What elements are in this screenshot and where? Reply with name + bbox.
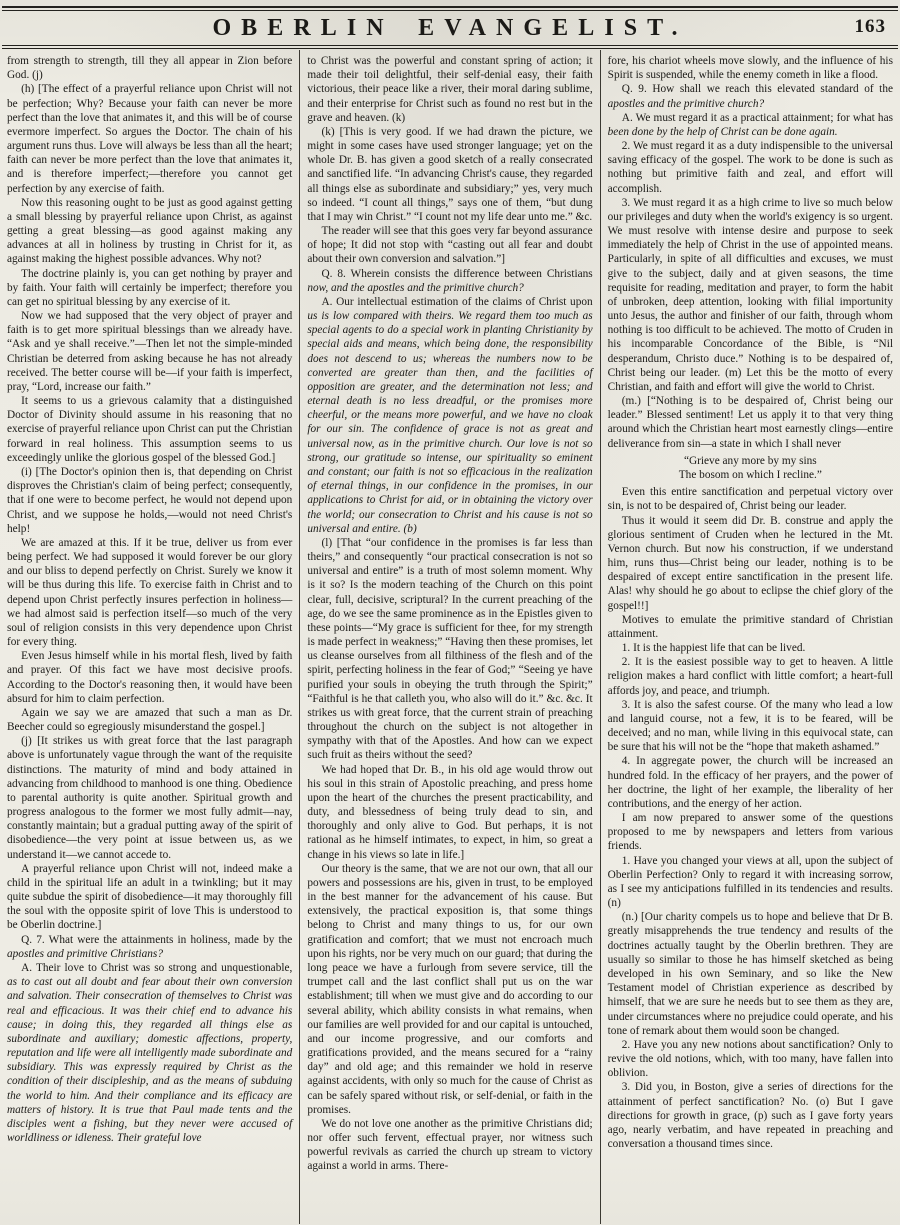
article-columns: from strength to strength, till they all… bbox=[0, 50, 900, 1224]
paragraph: Motives to emulate the primitive standar… bbox=[608, 613, 893, 641]
paragraph: Q. 7. What were the attainments in holin… bbox=[7, 933, 292, 961]
paragraph: Now we had supposed that the very object… bbox=[7, 309, 292, 394]
column-3: fore, his chariot wheels move slowly, an… bbox=[600, 50, 900, 1224]
paragraph: A prayerful reliance upon Christ will no… bbox=[7, 862, 292, 933]
paragraph: I am now prepared to answer some of the … bbox=[608, 811, 893, 854]
column-2: to Christ was the powerful and constant … bbox=[299, 50, 599, 1224]
paragraph: A. Their love to Christ was so strong an… bbox=[7, 961, 292, 1145]
paragraph: fore, his chariot wheels move slowly, an… bbox=[608, 54, 893, 82]
paragraph: A. We must regard it as a practical atta… bbox=[608, 111, 893, 139]
paragraph: 2. We must regard it as a duty indispens… bbox=[608, 139, 893, 196]
paragraph: 3. Did you, in Boston, give a series of … bbox=[608, 1080, 893, 1151]
paragraph: 2. Have you any new notions about sancti… bbox=[608, 1038, 893, 1081]
paragraph: The doctrine plainly is, you can get not… bbox=[7, 267, 292, 310]
paragraph: 3. It is also the safest course. Of the … bbox=[608, 698, 893, 755]
paragraph: The reader will see that this goes very … bbox=[307, 224, 592, 267]
paragraph: We do not love one another as the primit… bbox=[307, 1117, 592, 1174]
paragraph: 1. It is the happiest life that can be l… bbox=[608, 641, 893, 655]
paragraph: We are amazed at this. If it be true, de… bbox=[7, 536, 292, 649]
masthead-row: OBERLIN EVANGELIST. 163 bbox=[0, 11, 900, 45]
paragraph: We had hoped that Dr. B., in his old age… bbox=[307, 763, 592, 862]
paragraph: (j) [It strikes us with great force that… bbox=[7, 734, 292, 862]
paragraph: (n.) [Our charity compels us to hope and… bbox=[608, 910, 893, 1038]
masthead: OBERLIN EVANGELIST. 163 bbox=[0, 0, 900, 49]
paragraph: Even Jesus himself while in his mortal f… bbox=[7, 649, 292, 706]
paragraph: It seems to us a grievous calamity that … bbox=[7, 394, 292, 465]
paragraph: Even this entire sanctification and perp… bbox=[608, 485, 893, 513]
paragraph: (h) [The effect of a prayerful reliance … bbox=[7, 82, 292, 195]
header-bottom-rule bbox=[2, 45, 898, 49]
page-number: 163 bbox=[855, 16, 887, 38]
paragraph: 1. Have you changed your views at all, u… bbox=[608, 854, 893, 911]
paragraph: to Christ was the powerful and constant … bbox=[307, 54, 592, 125]
paragraph: (l) [That “our confidence in the promise… bbox=[307, 536, 592, 763]
paragraph: 3. We must regard it as a high crime to … bbox=[608, 196, 893, 394]
column-1: from strength to strength, till they all… bbox=[0, 50, 299, 1224]
paragraph: 2. It is the easiest possible way to get… bbox=[608, 655, 893, 698]
newspaper-page: OBERLIN EVANGELIST. 163 from strength to… bbox=[0, 0, 900, 1225]
paragraph: Thus it would it seem did Dr. B. constru… bbox=[608, 514, 893, 613]
paragraph: (i) [The Doctor's opinion then is, that … bbox=[7, 465, 292, 536]
paragraph: Our theory is the same, that we are not … bbox=[307, 862, 592, 1117]
paragraph: Q. 9. How shall we reach this elevated s… bbox=[608, 82, 893, 110]
paragraph: (m.) [“Nothing is to be despaired of, Ch… bbox=[608, 394, 893, 451]
paragraph: (k) [This is very good. If we had drawn … bbox=[307, 125, 592, 224]
paragraph: Q. 8. Wherein consists the difference be… bbox=[307, 267, 592, 295]
paragraph: 4. In aggregate power, the church will b… bbox=[608, 754, 893, 811]
paragraph: from strength to strength, till they all… bbox=[7, 54, 292, 82]
paragraph: “Grieve any more by my sins The bosom on… bbox=[608, 454, 893, 482]
page-title: OBERLIN EVANGELIST. bbox=[212, 15, 687, 42]
paragraph: A. Our intellectual estimation of the cl… bbox=[307, 295, 592, 536]
paragraph: Now this reasoning ought to be just as g… bbox=[7, 196, 292, 267]
paragraph: Again we say we are amazed that such a m… bbox=[7, 706, 292, 734]
